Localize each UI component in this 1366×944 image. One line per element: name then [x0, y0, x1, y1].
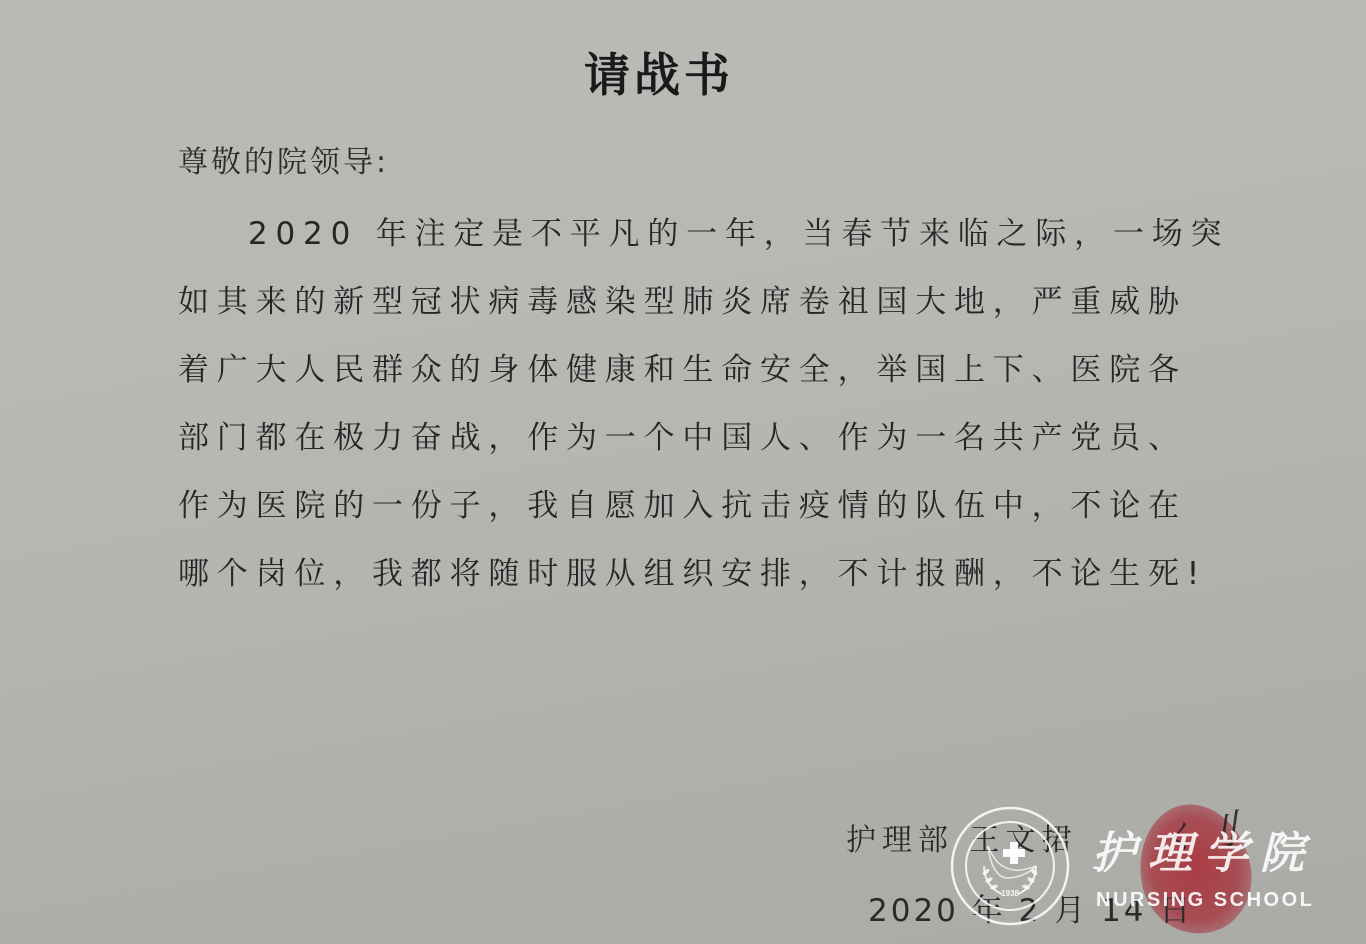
body-line: 作为医院的一份子，我自愿加入抗击疫情的队伍中，不论在 [178, 472, 1168, 540]
body-line: 2020 年注定是不平凡的一年，当春节来临之际，一场突 [178, 200, 1168, 268]
watermark-school-name-cn: 护理学院 [1092, 832, 1316, 876]
body-line: 部门都在极力奋战，作为一个中国人、作为一名共产党员、 [178, 404, 1168, 472]
document-page: 请战书 尊敬的院领导: 2020 年注定是不平凡的一年，当春节来临之际，一场突 … [0, 0, 1366, 944]
document-body: 2020 年注定是不平凡的一年，当春节来临之际，一场突 如其来的新型冠状病毒感染… [178, 200, 1168, 608]
body-line: 着广大人民群众的身体健康和生命安全，举国上下、医院各 [178, 336, 1168, 404]
body-line: 如其来的新型冠状病毒感染型肺炎席卷祖国大地，严重威胁 [178, 268, 1168, 336]
nursing-school-emblem-icon: 1938 [948, 804, 1072, 928]
svg-text:1938: 1938 [1001, 889, 1019, 898]
watermark-school-name-en: NURSING SCHOOL [1096, 890, 1314, 910]
salutation: 尊敬的院领导: [178, 148, 389, 178]
body-line: 哪个岗位，我都将随时服从组织安排，不计报酬，不论生死! [178, 540, 1168, 608]
document-title: 请战书 [584, 52, 734, 98]
